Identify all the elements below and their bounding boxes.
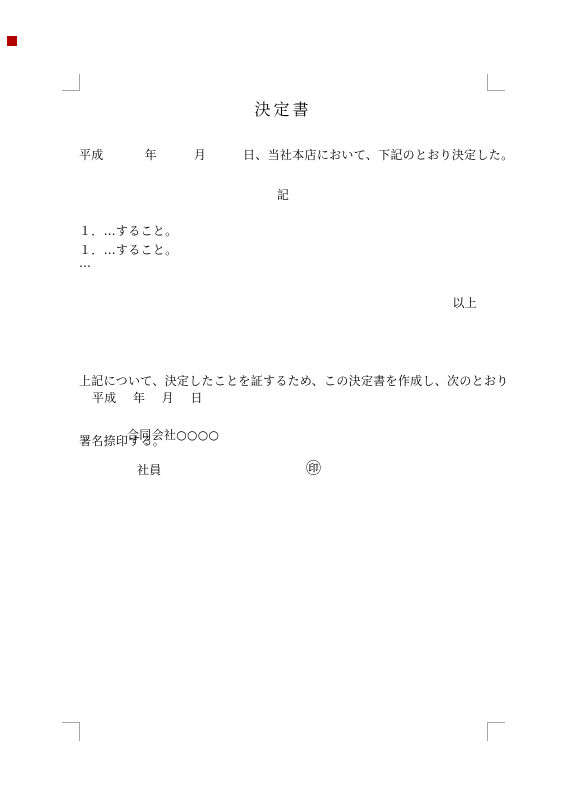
ki-heading: 記 — [0, 188, 566, 203]
document-page: 決定書 平成 年 月 日、当社本店において、下記のとおり決定した。 記 １．…す… — [0, 0, 566, 800]
document-title: 決定書 — [0, 102, 566, 117]
crop-mark-top-left-icon — [62, 74, 80, 91]
decision-item-1: １．…すること。 — [79, 224, 177, 239]
statement-line-1: 上記について、決定したことを証するため、この決定書を作成し、次のとおり — [79, 371, 509, 391]
seal-icon: ㊞ — [306, 460, 321, 477]
red-marker — [7, 36, 17, 46]
intro-line: 平成 年 月 日、当社本店において、下記のとおり決定した。 — [79, 148, 513, 163]
company-name: 合同会社○○○○ — [127, 428, 219, 443]
ellipsis-line: … — [79, 256, 91, 271]
closing-ijou: 以上 — [353, 296, 477, 311]
signature-date-line: 平成 年 月 日 — [92, 391, 203, 406]
decision-item-2: １．…すること。 — [79, 243, 177, 258]
signer-label: 社員 — [137, 463, 162, 478]
crop-mark-bottom-left-icon — [62, 722, 80, 741]
crop-mark-bottom-right-icon — [487, 722, 505, 741]
crop-mark-top-right-icon — [487, 74, 505, 91]
